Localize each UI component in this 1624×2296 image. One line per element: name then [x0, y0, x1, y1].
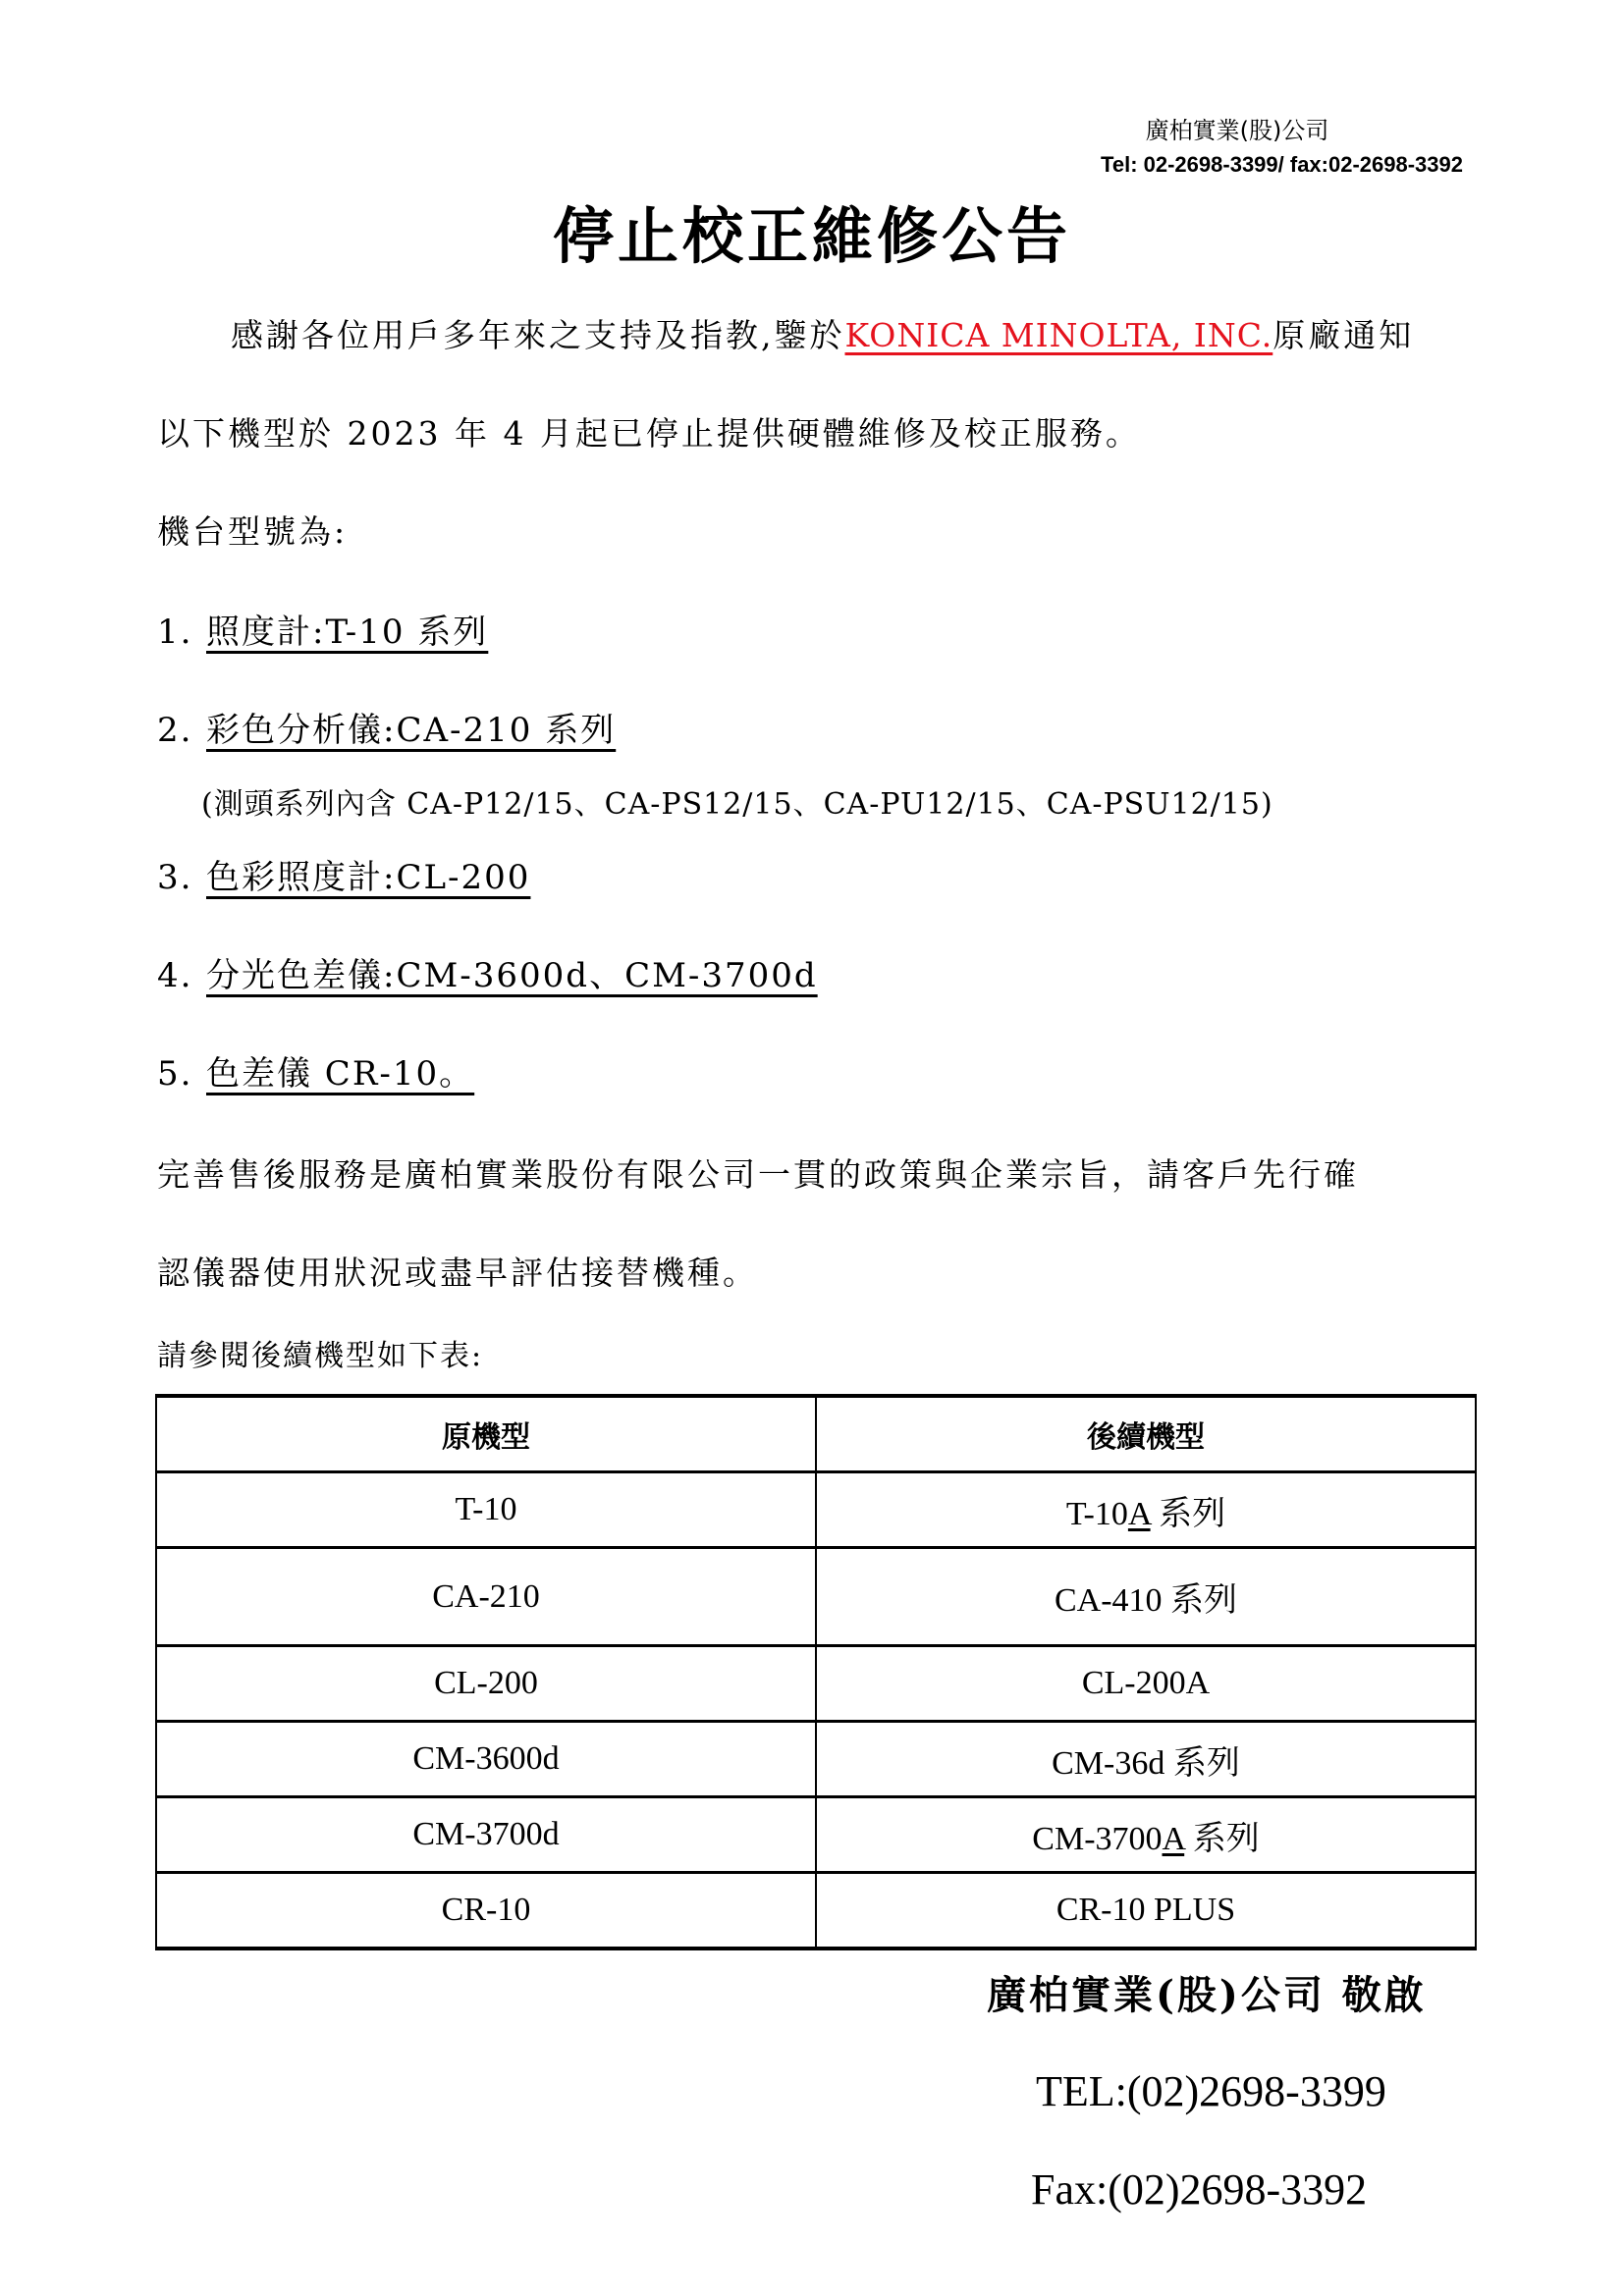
header-successor-model: 後續機型 — [816, 1396, 1476, 1472]
intro-text-before: 感謝各位用戶多年來之支持及指教,鑒於 — [231, 316, 845, 354]
intro-text-after: 原廠通知 — [1272, 316, 1414, 354]
header-contact-info: Tel: 02-2698-3399/ fax:02-2698-3392 — [982, 150, 1492, 180]
table-row: CA-210 CA-410 系列 — [156, 1548, 1476, 1646]
original-model-cell: T-10 — [156, 1472, 816, 1548]
successor-model-cell: CR-10 PLUS — [816, 1873, 1476, 1949]
table-header-row: 原機型 後續機型 — [156, 1396, 1476, 1472]
item-sub-note: (測頭系列內含 CA-P12/15、CA-PS12/15、CA-PU12/15、… — [201, 785, 1273, 825]
model-list-item: 3.色彩照度計:CL-200 — [157, 856, 530, 899]
item-text: 彩色分析儀:CA-210 系列 — [206, 711, 616, 750]
successor-model-cell: T-10A 系列 — [816, 1472, 1476, 1548]
model-list-item: 1.照度計:T-10 系列 — [157, 611, 488, 654]
models-label: 機台型號為: — [157, 510, 348, 554]
successor-underlined: A — [1128, 1496, 1151, 1532]
successor-main: CA-410 系列 — [1055, 1582, 1237, 1619]
successor-main: CL-200A — [1082, 1665, 1210, 1701]
table-row: CR-10 CR-10 PLUS — [156, 1873, 1476, 1949]
table-row: CM-3700d CM-3700A 系列 — [156, 1797, 1476, 1873]
header-original-model: 原機型 — [156, 1396, 816, 1472]
table-row: CL-200 CL-200A — [156, 1646, 1476, 1722]
intro-line-2: 以下機型於 2023 年 4 月起已停止提供硬體維修及校正服務。 — [157, 412, 1141, 455]
table-row: T-10 T-10A 系列 — [156, 1472, 1476, 1548]
original-model-cell: CL-200 — [156, 1646, 816, 1722]
closing-line-2: 認儀器使用狀況或盡早評估接替機種。 — [157, 1252, 758, 1295]
item-number: 3. — [157, 856, 206, 899]
brand-name: KONICA MINOLTA, INC. — [845, 316, 1273, 354]
page-title: 停止校正維修公告 — [0, 192, 1624, 281]
model-list-item: 2.彩色分析儀:CA-210 系列 — [157, 709, 616, 752]
successor-main: T-10 — [1066, 1496, 1128, 1532]
item-text: 分光色差儀:CM-3600d、CM-3700d — [206, 956, 818, 995]
header-company-name: 廣柏實業(股)公司 — [982, 116, 1492, 145]
successor-model-cell: CM-3700A 系列 — [816, 1797, 1476, 1873]
item-text: 色彩照度計:CL-200 — [206, 858, 530, 897]
successor-main: CR-10 PLUS — [1056, 1892, 1235, 1928]
item-number: 1. — [157, 611, 206, 654]
item-text: 色差儀 CR-10。 — [206, 1054, 474, 1094]
successor-underlined: A — [1163, 1821, 1185, 1857]
successor-rest: 系列 — [1184, 1821, 1260, 1857]
closing-line-1: 完善售後服務是廣柏實業股份有限公司一貫的政策與企業宗旨，請客戶先行確 — [157, 1153, 1359, 1197]
signature-fax: Fax:(02)2698-3392 — [1031, 2163, 1367, 2217]
model-list-item: 4.分光色差儀:CM-3600d、CM-3700d — [157, 954, 818, 997]
table-intro: 請參閱後續機型如下表: — [157, 1337, 483, 1376]
original-model-cell: CR-10 — [156, 1873, 816, 1949]
original-model-cell: CM-3600d — [156, 1722, 816, 1797]
signature-tel: TEL:(02)2698-3399 — [1036, 2064, 1386, 2119]
original-model-cell: CM-3700d — [156, 1797, 816, 1873]
successor-model-cell: CM-36d 系列 — [816, 1722, 1476, 1797]
intro-line-1: 感謝各位用戶多年來之支持及指教,鑒於KONICA MINOLTA, INC.原廠… — [231, 314, 1414, 357]
item-number: 5. — [157, 1052, 206, 1095]
table-row: CM-3600d CM-36d 系列 — [156, 1722, 1476, 1797]
successor-main: CM-3700 — [1032, 1821, 1162, 1857]
signature-company: 廣柏實業(股)公司 敬啟 — [987, 1968, 1427, 2023]
successor-model-cell: CA-410 系列 — [816, 1548, 1476, 1646]
successor-main: CM-36d 系列 — [1052, 1745, 1240, 1782]
model-list-item: 5.色差儀 CR-10。 — [157, 1052, 474, 1095]
successor-rest: 系列 — [1151, 1496, 1226, 1532]
item-number: 4. — [157, 954, 206, 997]
successor-model-cell: CL-200A — [816, 1646, 1476, 1722]
item-number: 2. — [157, 709, 206, 752]
item-text: 照度計:T-10 系列 — [206, 613, 488, 652]
original-model-cell: CA-210 — [156, 1548, 816, 1646]
successor-models-table: 原機型 後續機型 T-10 T-10A 系列 CA-210 CA-410 系列 … — [155, 1394, 1477, 1950]
